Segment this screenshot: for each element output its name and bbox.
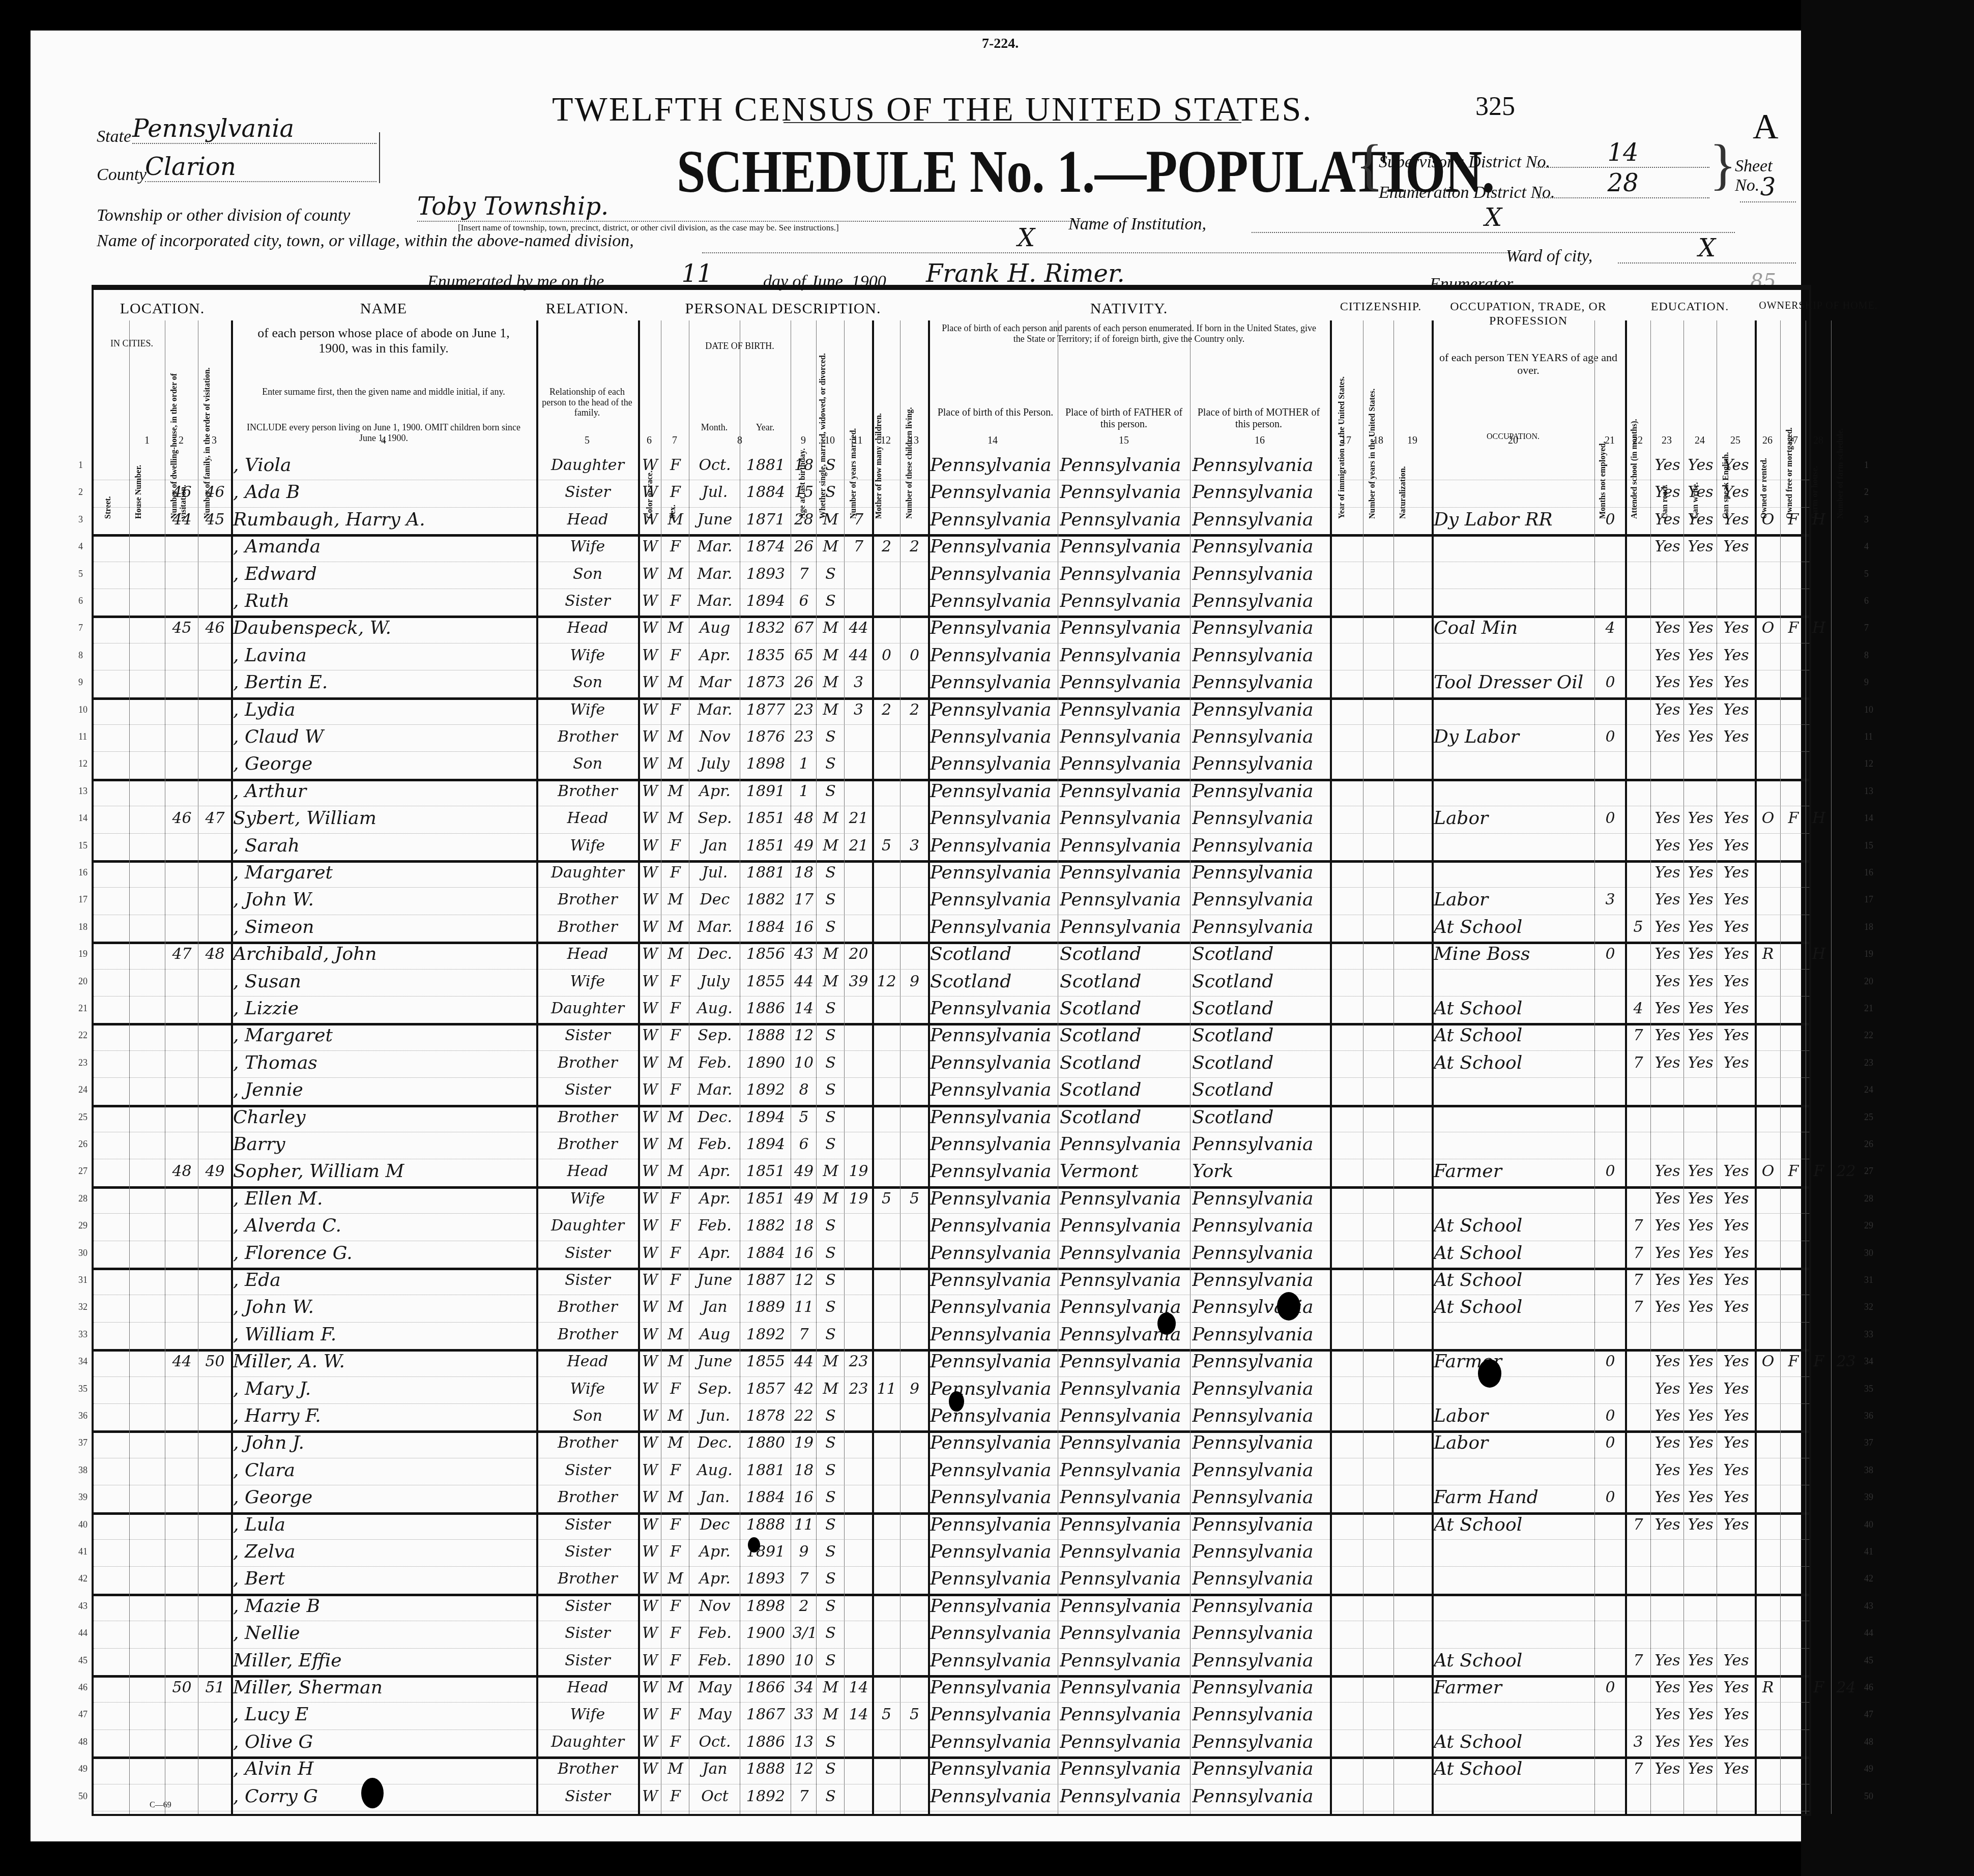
cell-name[interactable]: , Alverda C.: [233, 1214, 535, 1238]
cell-color[interactable]: W: [640, 1676, 660, 1699]
cell-color[interactable]: W: [640, 563, 660, 586]
cell-age[interactable]: 7: [793, 1567, 815, 1591]
cell-father[interactable]: Scotland: [1060, 1024, 1189, 1047]
cell-color[interactable]: W: [640, 752, 660, 776]
cell-relation[interactable]: Sister: [538, 1649, 637, 1673]
cell-mother[interactable]: Pennsylvania: [1192, 1731, 1329, 1754]
cell-marital[interactable]: S: [818, 1078, 843, 1102]
cell-age[interactable]: 23: [793, 698, 815, 722]
cell-english[interactable]: Yes: [1719, 671, 1754, 694]
cell-marital[interactable]: S: [818, 1431, 843, 1455]
cell-family[interactable]: 48: [200, 943, 230, 966]
cell-month[interactable]: June: [691, 508, 739, 532]
cell-name[interactable]: , Bertin E.: [233, 671, 535, 694]
cell-name[interactable]: , William F.: [233, 1323, 535, 1346]
cell-birth[interactable]: Pennsylvania: [930, 1404, 1057, 1428]
cell-age[interactable]: 1: [793, 752, 815, 776]
cell-age[interactable]: 26: [793, 535, 815, 559]
cell-owned[interactable]: O: [1757, 508, 1779, 532]
cell-birth[interactable]: Pennsylvania: [930, 1051, 1057, 1075]
cell-name[interactable]: , Arthur: [233, 780, 535, 803]
cell-birth[interactable]: Pennsylvania: [930, 671, 1057, 694]
cell-write[interactable]: Yes: [1686, 1242, 1716, 1265]
cell-sex[interactable]: M: [663, 1323, 688, 1346]
cell-relation[interactable]: Brother: [538, 1133, 637, 1156]
cell-read[interactable]: Yes: [1652, 481, 1682, 504]
cell-mother-of[interactable]: 5: [874, 1703, 899, 1726]
cell-sex[interactable]: F: [663, 997, 688, 1020]
cell-year[interactable]: 1888: [742, 1513, 790, 1537]
cell-father[interactable]: Pennsylvania: [1060, 1757, 1189, 1781]
cell-color[interactable]: W: [640, 1323, 660, 1346]
cell-sex[interactable]: M: [663, 617, 688, 640]
cell-father[interactable]: Pennsylvania: [1060, 1676, 1189, 1699]
cell-english[interactable]: Yes: [1719, 1296, 1754, 1319]
cell-marital[interactable]: M: [818, 1703, 843, 1726]
cell-year[interactable]: 1851: [742, 1160, 790, 1183]
cell-year[interactable]: 1851: [742, 1187, 790, 1211]
cell-age[interactable]: 49: [793, 1160, 815, 1183]
cell-month[interactable]: Jan.: [691, 1486, 739, 1509]
cell-name[interactable]: , John J.: [233, 1431, 535, 1455]
cell-occupation[interactable]: Labor: [1434, 807, 1593, 830]
cell-mother[interactable]: Pennsylvania: [1192, 644, 1329, 667]
cell-owned[interactable]: R: [1757, 943, 1779, 966]
cell-year[interactable]: 1855: [742, 1350, 790, 1373]
cell-relation[interactable]: Son: [538, 752, 637, 776]
cell-father[interactable]: Scotland: [1060, 1051, 1189, 1075]
cell-month[interactable]: Dec: [691, 888, 739, 912]
cell-write[interactable]: Yes: [1686, 698, 1716, 722]
cell-read[interactable]: Yes: [1652, 1513, 1682, 1537]
cell-school[interactable]: 7: [1627, 1649, 1649, 1673]
cell-relation[interactable]: Sister: [538, 1242, 637, 1265]
cell-sex[interactable]: F: [663, 698, 688, 722]
cell-father[interactable]: Pennsylvania: [1060, 916, 1189, 939]
cell-age[interactable]: 43: [793, 943, 815, 966]
cell-year[interactable]: 1832: [742, 617, 790, 640]
cell-age[interactable]: 3/12: [793, 1622, 815, 1645]
cell-english[interactable]: Yes: [1719, 1459, 1754, 1482]
cell-birth[interactable]: Pennsylvania: [930, 698, 1057, 722]
cell-year[interactable]: 1894: [742, 1133, 790, 1156]
cell-name[interactable]: Miller, Effie: [233, 1649, 535, 1673]
cell-birth[interactable]: Pennsylvania: [930, 1296, 1057, 1319]
cell-color[interactable]: W: [640, 1350, 660, 1373]
cell-relation[interactable]: Sister: [538, 1785, 637, 1808]
cell-free[interactable]: F: [1782, 807, 1805, 830]
cell-free[interactable]: F: [1782, 1160, 1805, 1183]
cell-occupation[interactable]: Mine Boss: [1434, 943, 1593, 966]
cell-month[interactable]: May: [691, 1676, 739, 1699]
cell-free[interactable]: F: [1782, 1350, 1805, 1373]
cell-year[interactable]: 1880: [742, 1431, 790, 1455]
cell-read[interactable]: Yes: [1652, 535, 1682, 559]
cell-occupation[interactable]: Tool Dresser Oil: [1434, 671, 1593, 694]
cell-age[interactable]: 6: [793, 1133, 815, 1156]
cell-year[interactable]: 1873: [742, 671, 790, 694]
cell-color[interactable]: W: [640, 1540, 660, 1564]
cell-relation[interactable]: Son: [538, 1404, 637, 1428]
cell-occupation[interactable]: At School: [1434, 1296, 1593, 1319]
cell-sex[interactable]: F: [663, 1242, 688, 1265]
cell-read[interactable]: Yes: [1652, 671, 1682, 694]
cell-father[interactable]: Pennsylvania: [1060, 1540, 1189, 1564]
cell-name[interactable]: , Lula: [233, 1513, 535, 1537]
cell-name[interactable]: Sybert, William: [233, 807, 535, 830]
cell-write[interactable]: Yes: [1686, 1404, 1716, 1428]
cell-sex[interactable]: F: [663, 1513, 688, 1537]
cell-birth[interactable]: Pennsylvania: [930, 1649, 1057, 1673]
cell-occupation[interactable]: Coal Min: [1434, 617, 1593, 640]
cell-relation[interactable]: Wife: [538, 644, 637, 667]
cell-free[interactable]: F: [1782, 508, 1805, 532]
cell-mother[interactable]: Pennsylvania: [1192, 834, 1329, 858]
cell-sex[interactable]: F: [663, 481, 688, 504]
cell-mother[interactable]: Pennsylvania: [1192, 1486, 1329, 1509]
cell-color[interactable]: W: [640, 1431, 660, 1455]
cell-owned[interactable]: O: [1757, 1350, 1779, 1373]
cell-unemployed[interactable]: 0: [1596, 671, 1624, 694]
cell-sex[interactable]: M: [663, 888, 688, 912]
cell-write[interactable]: Yes: [1686, 943, 1716, 966]
cell-year[interactable]: 1851: [742, 834, 790, 858]
cell-family[interactable]: 47: [200, 807, 230, 830]
cell-mother[interactable]: Pennsylvania: [1192, 508, 1329, 532]
cell-name[interactable]: , Eda: [233, 1269, 535, 1292]
cell-mother[interactable]: Pennsylvania: [1192, 1785, 1329, 1808]
cell-color[interactable]: W: [640, 1486, 660, 1509]
cell-write[interactable]: Yes: [1686, 1296, 1716, 1319]
cell-age[interactable]: 7: [793, 1323, 815, 1346]
cell-birth[interactable]: Pennsylvania: [930, 1323, 1057, 1346]
cell-dwelling[interactable]: 44: [167, 1350, 197, 1373]
cell-father[interactable]: Pennsylvania: [1060, 861, 1189, 885]
cell-name[interactable]: , Thomas: [233, 1051, 535, 1075]
cell-marital[interactable]: S: [818, 1323, 843, 1346]
cell-mother[interactable]: Pennsylvania: [1192, 1459, 1329, 1482]
cell-age[interactable]: 44: [793, 970, 815, 993]
cell-mother[interactable]: Pennsylvania: [1192, 780, 1329, 803]
cell-sex[interactable]: M: [663, 1567, 688, 1591]
cell-year[interactable]: 1894: [742, 590, 790, 613]
cell-school[interactable]: 7: [1627, 1296, 1649, 1319]
cell-age[interactable]: 8: [793, 1078, 815, 1102]
cell-month[interactable]: Mar: [691, 671, 739, 694]
cell-age[interactable]: 16: [793, 1242, 815, 1265]
cell-mother[interactable]: Pennsylvania: [1192, 1513, 1329, 1537]
cell-month[interactable]: Sep.: [691, 1377, 739, 1401]
cell-color[interactable]: W: [640, 1106, 660, 1129]
cell-birth[interactable]: Pennsylvania: [930, 888, 1057, 912]
cell-english[interactable]: Yes: [1719, 1404, 1754, 1428]
cell-father[interactable]: Scotland: [1060, 1078, 1189, 1102]
cell-farm[interactable]: F: [1808, 1350, 1830, 1373]
cell-sex[interactable]: M: [663, 1757, 688, 1781]
cell-name[interactable]: , Viola: [233, 454, 535, 477]
cell-write[interactable]: Yes: [1686, 481, 1716, 504]
cell-free[interactable]: F: [1782, 617, 1805, 640]
cell-year[interactable]: 1867: [742, 1703, 790, 1726]
cell-family[interactable]: 51: [200, 1676, 230, 1699]
cell-english[interactable]: Yes: [1719, 1350, 1754, 1373]
cell-father[interactable]: Pennsylvania: [1060, 1567, 1189, 1591]
cell-dwelling[interactable]: 45: [167, 617, 197, 640]
cell-name[interactable]: , Lydia: [233, 698, 535, 722]
cell-month[interactable]: June: [691, 1350, 739, 1373]
cell-sex[interactable]: M: [663, 943, 688, 966]
cell-birth[interactable]: Pennsylvania: [930, 1540, 1057, 1564]
cell-write[interactable]: Yes: [1686, 970, 1716, 993]
cell-year[interactable]: 1893: [742, 563, 790, 586]
cell-birth[interactable]: Pennsylvania: [930, 1242, 1057, 1265]
cell-birth[interactable]: Pennsylvania: [930, 861, 1057, 885]
cell-mother[interactable]: Pennsylvania: [1192, 563, 1329, 586]
cell-year[interactable]: 1890: [742, 1649, 790, 1673]
cell-english[interactable]: Yes: [1719, 888, 1754, 912]
cell-father[interactable]: Pennsylvania: [1060, 1785, 1189, 1808]
cell-write[interactable]: Yes: [1686, 671, 1716, 694]
cell-write[interactable]: Yes: [1686, 535, 1716, 559]
cell-month[interactable]: Feb.: [691, 1622, 739, 1645]
cell-marital[interactable]: M: [818, 671, 843, 694]
cell-father[interactable]: Pennsylvania: [1060, 1350, 1189, 1373]
cell-marital[interactable]: M: [818, 834, 843, 858]
cell-name[interactable]: , Alvin H: [233, 1757, 535, 1781]
cell-mother[interactable]: Scotland: [1192, 1078, 1329, 1102]
cell-read[interactable]: Yes: [1652, 1242, 1682, 1265]
cell-age[interactable]: 44: [793, 1350, 815, 1373]
cell-marital[interactable]: S: [818, 454, 843, 477]
cell-english[interactable]: Yes: [1719, 1269, 1754, 1292]
cell-yrs-married[interactable]: 44: [846, 617, 871, 640]
cell-father[interactable]: Pennsylvania: [1060, 1214, 1189, 1238]
cell-relation[interactable]: Head: [538, 508, 637, 532]
cell-name[interactable]: Sopher, William M: [233, 1160, 535, 1183]
cell-color[interactable]: W: [640, 617, 660, 640]
cell-read[interactable]: Yes: [1652, 1731, 1682, 1754]
cell-name[interactable]: , Ada B: [233, 481, 535, 504]
cell-age[interactable]: 12: [793, 1269, 815, 1292]
cell-name[interactable]: , George: [233, 752, 535, 776]
cell-farm[interactable]: H: [1808, 617, 1830, 640]
cell-marital[interactable]: S: [818, 590, 843, 613]
cell-marital[interactable]: S: [818, 1595, 843, 1618]
cell-year[interactable]: 1884: [742, 481, 790, 504]
cell-year[interactable]: 1871: [742, 508, 790, 532]
cell-sex[interactable]: M: [663, 508, 688, 532]
cell-occupation[interactable]: At School: [1434, 1513, 1593, 1537]
cell-english[interactable]: Yes: [1719, 1431, 1754, 1455]
cell-color[interactable]: W: [640, 1757, 660, 1781]
cell-dwelling[interactable]: 47: [167, 943, 197, 966]
cell-yrs-married[interactable]: 19: [846, 1160, 871, 1183]
cell-relation[interactable]: Brother: [538, 1431, 637, 1455]
cell-yrs-married[interactable]: 23: [846, 1377, 871, 1401]
cell-english[interactable]: Yes: [1719, 970, 1754, 993]
cell-relation[interactable]: Daughter: [538, 1214, 637, 1238]
cell-english[interactable]: Yes: [1719, 1377, 1754, 1401]
cell-year[interactable]: 1884: [742, 916, 790, 939]
cell-color[interactable]: W: [640, 481, 660, 504]
cell-dwelling[interactable]: 50: [167, 1676, 197, 1699]
cell-occupation[interactable]: Labor: [1434, 1431, 1593, 1455]
cell-mother[interactable]: Pennsylvania: [1192, 1269, 1329, 1292]
cell-color[interactable]: W: [640, 535, 660, 559]
township-field[interactable]: Toby Township.: [417, 192, 1094, 222]
cell-age[interactable]: 23: [793, 725, 815, 749]
cell-age[interactable]: 18: [793, 454, 815, 477]
cell-color[interactable]: W: [640, 807, 660, 830]
cell-relation[interactable]: Sister: [538, 1595, 637, 1618]
cell-color[interactable]: W: [640, 1377, 660, 1401]
cell-read[interactable]: Yes: [1652, 1486, 1682, 1509]
cell-marital[interactable]: S: [818, 1106, 843, 1129]
cell-unemployed[interactable]: 0: [1596, 1160, 1624, 1183]
cell-sex[interactable]: F: [663, 644, 688, 667]
cell-color[interactable]: W: [640, 1024, 660, 1047]
cell-birth[interactable]: Pennsylvania: [930, 834, 1057, 858]
cell-birth[interactable]: Pennsylvania: [930, 508, 1057, 532]
cell-marital[interactable]: M: [818, 698, 843, 722]
cell-color[interactable]: W: [640, 1160, 660, 1183]
cell-age[interactable]: 7: [793, 1785, 815, 1808]
cell-sex[interactable]: F: [663, 454, 688, 477]
cell-school[interactable]: 7: [1627, 1214, 1649, 1238]
cell-year[interactable]: 1855: [742, 970, 790, 993]
cell-mother-of[interactable]: 5: [874, 834, 899, 858]
cell-year[interactable]: 1892: [742, 1078, 790, 1102]
cell-relation[interactable]: Head: [538, 1676, 637, 1699]
cell-marital[interactable]: M: [818, 617, 843, 640]
cell-read[interactable]: Yes: [1652, 1676, 1682, 1699]
cell-english[interactable]: Yes: [1719, 725, 1754, 749]
cell-relation[interactable]: Son: [538, 563, 637, 586]
cell-write[interactable]: Yes: [1686, 1731, 1716, 1754]
cell-year[interactable]: 1877: [742, 698, 790, 722]
cell-age[interactable]: 26: [793, 671, 815, 694]
cell-relation[interactable]: Head: [538, 807, 637, 830]
cell-english[interactable]: Yes: [1719, 997, 1754, 1020]
supervisor-field[interactable]: 14: [1536, 138, 1709, 168]
cell-relation[interactable]: Sister: [538, 1269, 637, 1292]
cell-month[interactable]: May: [691, 1703, 739, 1726]
cell-month[interactable]: Mar.: [691, 1078, 739, 1102]
cell-read[interactable]: Yes: [1652, 834, 1682, 858]
cell-birth[interactable]: Pennsylvania: [930, 535, 1057, 559]
cell-sex[interactable]: M: [663, 725, 688, 749]
cell-name[interactable]: , George: [233, 1486, 535, 1509]
cell-age[interactable]: 22: [793, 1404, 815, 1428]
cell-read[interactable]: Yes: [1652, 1269, 1682, 1292]
cell-month[interactable]: Apr.: [691, 1242, 739, 1265]
cell-month[interactable]: Apr.: [691, 1160, 739, 1183]
cell-occupation[interactable]: Dy Labor RR: [1434, 508, 1593, 532]
cell-name[interactable]: Barry: [233, 1133, 535, 1156]
cell-read[interactable]: Yes: [1652, 698, 1682, 722]
cell-father[interactable]: Pennsylvania: [1060, 888, 1189, 912]
cell-father[interactable]: Pennsylvania: [1060, 617, 1189, 640]
cell-relation[interactable]: Brother: [538, 888, 637, 912]
cell-yrs-married[interactable]: 7: [846, 508, 871, 532]
cell-month[interactable]: Oct: [691, 1785, 739, 1808]
cell-yrs-married[interactable]: 14: [846, 1703, 871, 1726]
cell-marital[interactable]: S: [818, 1214, 843, 1238]
cell-unemployed[interactable]: 0: [1596, 807, 1624, 830]
cell-color[interactable]: W: [640, 1785, 660, 1808]
cell-color[interactable]: W: [640, 997, 660, 1020]
cell-write[interactable]: Yes: [1686, 1187, 1716, 1211]
cell-mother[interactable]: Scotland: [1192, 970, 1329, 993]
cell-birth[interactable]: Pennsylvania: [930, 481, 1057, 504]
cell-unemployed[interactable]: 3: [1596, 888, 1624, 912]
cell-mother[interactable]: Scotland: [1192, 1106, 1329, 1129]
cell-birth[interactable]: Pennsylvania: [930, 1187, 1057, 1211]
cell-mother[interactable]: Pennsylvania: [1192, 1622, 1329, 1645]
cell-read[interactable]: Yes: [1652, 970, 1682, 993]
cell-mother[interactable]: Pennsylvania: [1192, 752, 1329, 776]
cell-mother[interactable]: Pennsylvania: [1192, 481, 1329, 504]
cell-year[interactable]: 1881: [742, 1459, 790, 1482]
cell-mother-of[interactable]: 0: [874, 644, 899, 667]
cell-sex[interactable]: F: [663, 1703, 688, 1726]
cell-month[interactable]: Mar.: [691, 535, 739, 559]
cell-age[interactable]: 18: [793, 1459, 815, 1482]
cell-birth[interactable]: Pennsylvania: [930, 590, 1057, 613]
cell-relation[interactable]: Wife: [538, 698, 637, 722]
cell-english[interactable]: Yes: [1719, 943, 1754, 966]
cell-sex[interactable]: F: [663, 970, 688, 993]
cell-mother[interactable]: Pennsylvania: [1192, 725, 1329, 749]
cell-age[interactable]: 15: [793, 481, 815, 504]
cell-relation[interactable]: Head: [538, 943, 637, 966]
cell-father[interactable]: Pennsylvania: [1060, 1133, 1189, 1156]
cell-occupation[interactable]: At School: [1434, 1214, 1593, 1238]
cell-relation[interactable]: Head: [538, 1350, 637, 1373]
cell-write[interactable]: Yes: [1686, 1676, 1716, 1699]
cell-family[interactable]: 50: [200, 1350, 230, 1373]
cell-marital[interactable]: S: [818, 1757, 843, 1781]
cell-mother[interactable]: Scotland: [1192, 1051, 1329, 1075]
cell-birth[interactable]: Pennsylvania: [930, 1513, 1057, 1537]
cell-yrs-married[interactable]: 3: [846, 671, 871, 694]
cell-marital[interactable]: M: [818, 508, 843, 532]
state-field[interactable]: Pennsylvania: [132, 114, 376, 144]
incorporated-field[interactable]: X: [702, 224, 1516, 253]
cell-name[interactable]: Rumbaugh, Harry A.: [233, 508, 535, 532]
cell-year[interactable]: 1892: [742, 1785, 790, 1808]
cell-yrs-married[interactable]: 39: [846, 970, 871, 993]
cell-birth[interactable]: Pennsylvania: [930, 644, 1057, 667]
cell-name[interactable]: , Margaret: [233, 1024, 535, 1047]
cell-color[interactable]: W: [640, 1214, 660, 1238]
cell-month[interactable]: Apr.: [691, 1540, 739, 1564]
cell-father[interactable]: Pennsylvania: [1060, 1187, 1189, 1211]
cell-year[interactable]: 1878: [742, 1404, 790, 1428]
cell-sex[interactable]: F: [663, 1269, 688, 1292]
cell-relation[interactable]: Sister: [538, 1622, 637, 1645]
cell-marital[interactable]: S: [818, 1404, 843, 1428]
cell-sched[interactable]: 22: [1833, 1160, 1859, 1183]
cell-yrs-married[interactable]: 7: [846, 535, 871, 559]
cell-sex[interactable]: M: [663, 807, 688, 830]
cell-family[interactable]: 45: [200, 508, 230, 532]
cell-father[interactable]: Pennsylvania: [1060, 725, 1189, 749]
cell-age[interactable]: 11: [793, 1296, 815, 1319]
cell-sex[interactable]: F: [663, 1595, 688, 1618]
cell-read[interactable]: Yes: [1652, 644, 1682, 667]
cell-write[interactable]: Yes: [1686, 807, 1716, 830]
